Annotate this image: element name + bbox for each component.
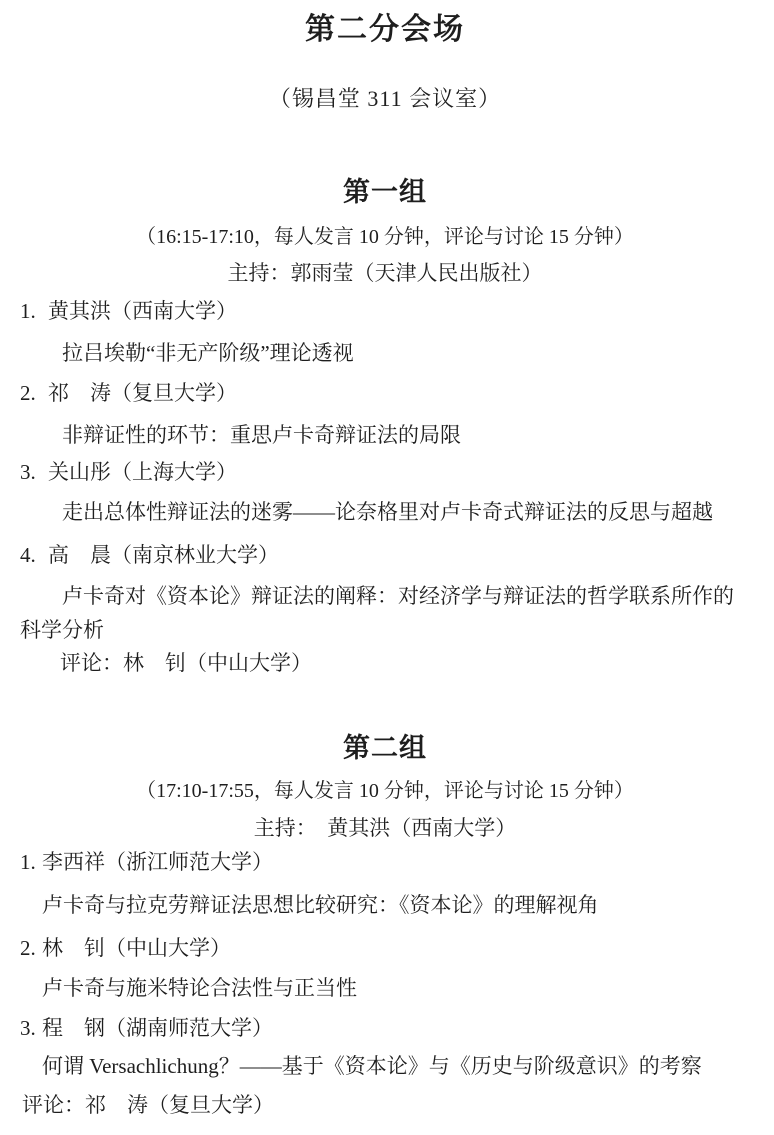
item-number: 3. (20, 460, 48, 485)
doc-title: 第二分会场 (20, 12, 750, 48)
session-group-1: 第一组 （16:15-17:10，每人发言 10 分钟，评论与讨论 15 分钟）… (20, 176, 750, 676)
group-1-heading: 第一组 (20, 176, 750, 208)
group-2-time-note: （17:10-17:55，每人发言 10 分钟，评论与讨论 15 分钟） (20, 779, 750, 803)
item-number: 2. (20, 936, 42, 961)
group-1-item-2-paper-title: 非辩证性的环节：重思卢卡奇辩证法的局限 (20, 423, 750, 448)
speaker-name: 李西祥（浙江师范大学） (42, 850, 273, 874)
group-1-item-4-paper-title-line-1: 卢卡奇对《资本论》辩证法的阐释：对经济学与辩证法的哲学联系所作的 (20, 584, 750, 609)
group-1-item-2-speaker-line: 2.祁 涛（复旦大学） (20, 381, 750, 406)
item-number: 3. (20, 1016, 42, 1041)
speaker-name: 林 钊（中山大学） (42, 936, 231, 960)
group-2-item-3-paper-title: 何谓 Versachlichung？——基于《资本论》与《历史与阶级意识》的考察 (20, 1054, 750, 1079)
group-2-host-line: 主持： 黄其洪（西南大学） (20, 816, 750, 841)
speaker-name: 关山彤（上海大学） (48, 460, 237, 484)
group-1-host-line: 主持：郭雨莹（天津人民出版社） (20, 261, 750, 286)
group-1-time-note: （16:15-17:10，每人发言 10 分钟，评论与讨论 15 分钟） (20, 225, 750, 249)
speaker-name: 高 晨（南京林业大学） (48, 543, 279, 567)
group-1-item-1-speaker-line: 1.黄其洪（西南大学） (20, 299, 750, 324)
group-1-item-1-paper-title: 拉吕埃勒“非无产阶级”理论透视 (20, 341, 750, 366)
item-number: 1. (20, 299, 48, 324)
speaker-name: 祁 涛（复旦大学） (48, 381, 237, 405)
group-2-item-2-paper-title: 卢卡奇与施米特论合法性与正当性 (20, 976, 750, 1001)
speaker-name: 黄其洪（西南大学） (48, 299, 237, 323)
group-2-item-2-speaker-line: 2.林 钊（中山大学） (20, 936, 750, 961)
group-2-item-3-speaker-line: 3.程 钢（湖南师范大学） (20, 1016, 750, 1041)
speaker-name: 程 钢（湖南师范大学） (42, 1016, 273, 1040)
group-1-item-4-paper-title-line-2: 科学分析 (20, 618, 750, 643)
group-2-item-1-paper-title: 卢卡奇与拉克劳辩证法思想比较研究：《资本论》的理解视角 (20, 893, 750, 918)
item-number: 2. (20, 381, 48, 406)
item-number: 4. (20, 543, 48, 568)
item-number: 1. (20, 850, 42, 875)
group-1-item-4-speaker-line: 4.高 晨（南京林业大学） (20, 543, 750, 568)
group-2-heading: 第二组 (20, 732, 750, 764)
document-page: 第二分会场 （锡昌堂 311 会议室） 第一组 （16:15-17:10，每人发… (0, 0, 774, 1135)
group-2-commentator-line: 评论：祁 涛（复旦大学） (20, 1093, 750, 1118)
group-1-item-3-paper-title: 走出总体性辩证法的迷雾——论奈格里对卢卡奇式辩证法的反思与超越 (20, 500, 750, 525)
group-2-item-1-speaker-line: 1.李西祥（浙江师范大学） (20, 850, 750, 875)
session-group-2: 第二组 （17:10-17:55，每人发言 10 分钟，评论与讨论 15 分钟）… (20, 732, 750, 1118)
group-1-item-3-speaker-line: 3.关山彤（上海大学） (20, 460, 750, 485)
group-1-commentator-line: 评论：林 钊（中山大学） (20, 651, 750, 676)
doc-subtitle: （锡昌堂 311 会议室） (20, 86, 750, 112)
